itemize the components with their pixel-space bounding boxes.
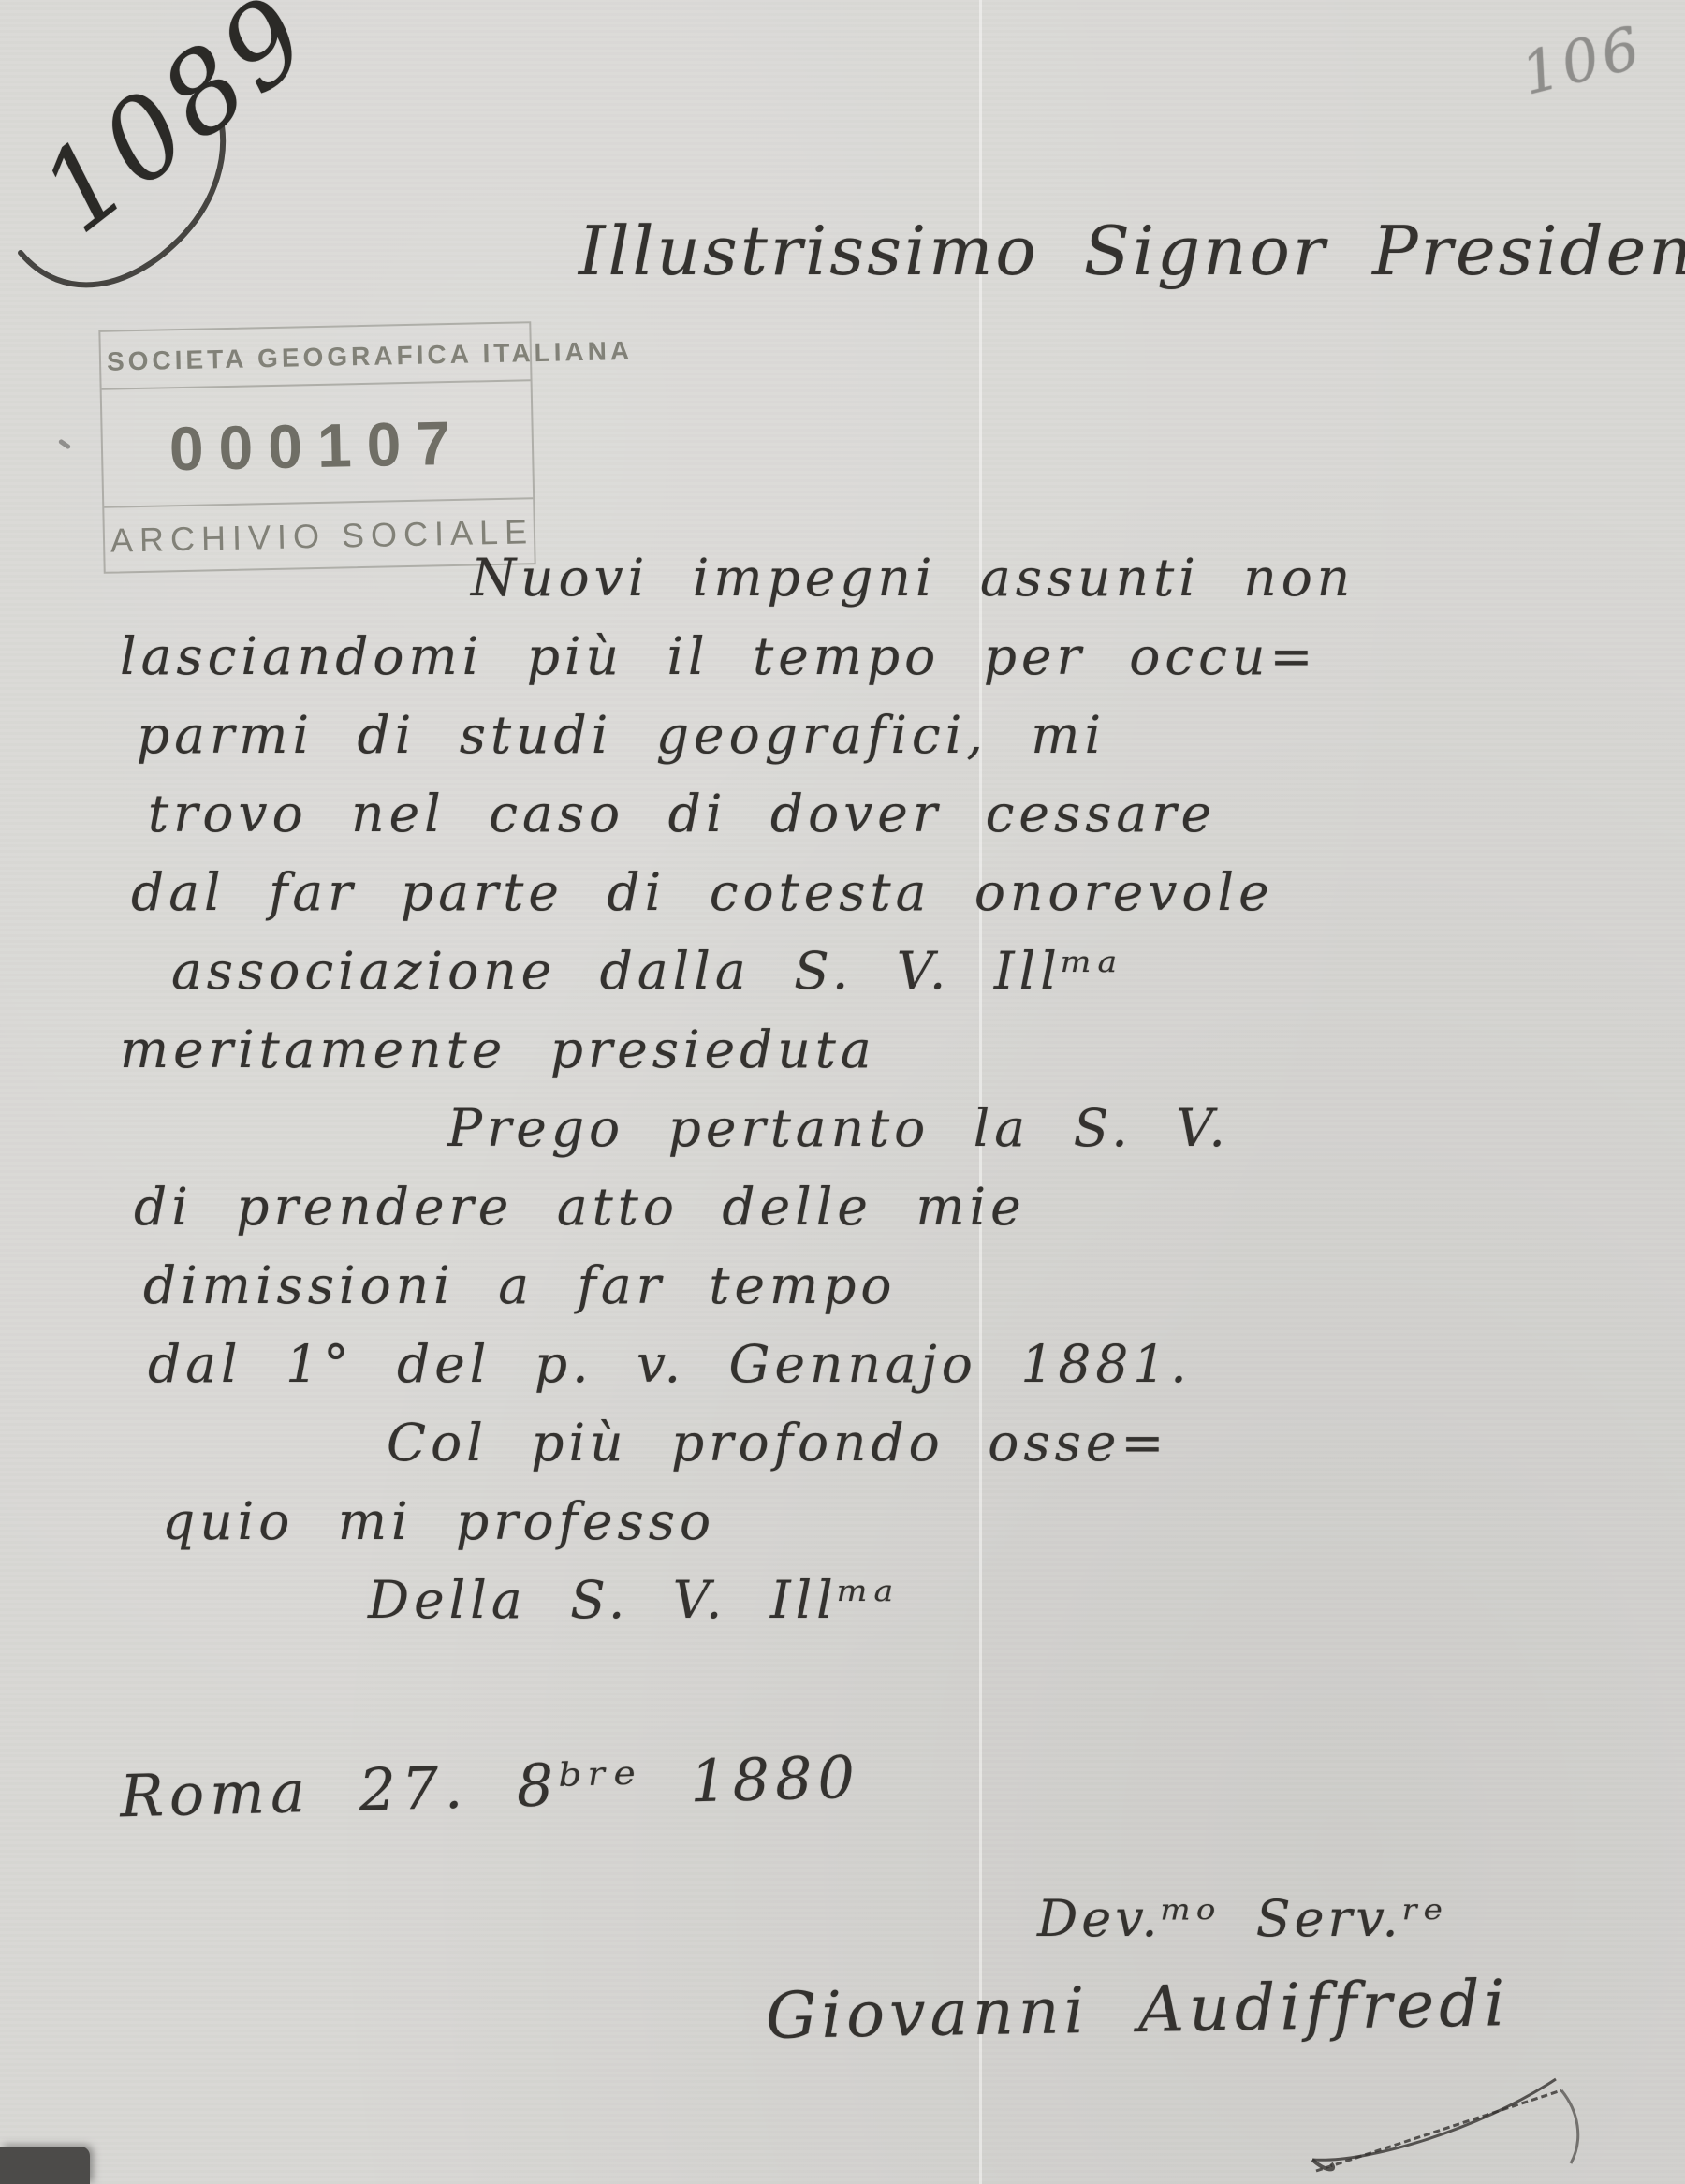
body-line: di prendere atto delle mie xyxy=(134,1167,1685,1246)
body-line: associazione dalla S. V. Illᵐᵃ xyxy=(171,931,1685,1010)
archive-stamp: SOCIETA GEOGRAFICA ITALIANA 000107 ARCHI… xyxy=(98,321,535,574)
signature-giovanni-audiffredi: Giovanni Audiffredi xyxy=(765,1967,1510,2054)
letter-dateline: Roma 27. 8ᵇʳᵉ 1880 xyxy=(119,1743,861,1831)
letter-closing: Dev.ᵐᵒ Serv.ʳᵉ xyxy=(1037,1889,1446,1948)
body-line: meritamente presieduta xyxy=(120,1010,1685,1089)
signature-flourish xyxy=(1311,2074,1591,2184)
body-line: quio mi professo xyxy=(162,1482,1685,1561)
letter-salutation: Illustrissimo Signor Presidente xyxy=(579,212,1685,290)
body-line: dal 1° del p. v. Gennajo 1881. xyxy=(148,1325,1685,1403)
folio-number-pencil: 106 xyxy=(1515,12,1649,108)
scan-corner-shadow xyxy=(0,2147,90,2184)
body-line: Della S. V. Illᵐᵃ xyxy=(368,1561,1685,1639)
body-line: Nuovi impegni assunti non xyxy=(471,538,1685,617)
body-line: Prego pertanto la S. V. xyxy=(447,1089,1685,1167)
letter-body: Nuovi impegni assunti non lasciandomi pi… xyxy=(120,538,1685,1639)
ink-speck xyxy=(58,438,71,449)
scanned-letter-page: 1089 106 SOCIETA GEOGRAFICA ITALIANA 000… xyxy=(0,0,1685,2184)
stamp-organization: SOCIETA GEOGRAFICA ITALIANA xyxy=(100,323,530,390)
body-line: dimissioni a far tempo xyxy=(143,1246,1685,1325)
body-line: dal far parte di cotesta onorevole xyxy=(131,853,1685,931)
body-line: parmi di studi geografici, mi xyxy=(137,696,1685,774)
body-line: trovo nel caso di dover cessare xyxy=(148,774,1685,853)
body-line: Col più profondo osse= xyxy=(387,1403,1685,1482)
body-line: lasciandomi più il tempo per occu= xyxy=(120,617,1685,696)
stamp-number: 000107 xyxy=(102,381,534,508)
